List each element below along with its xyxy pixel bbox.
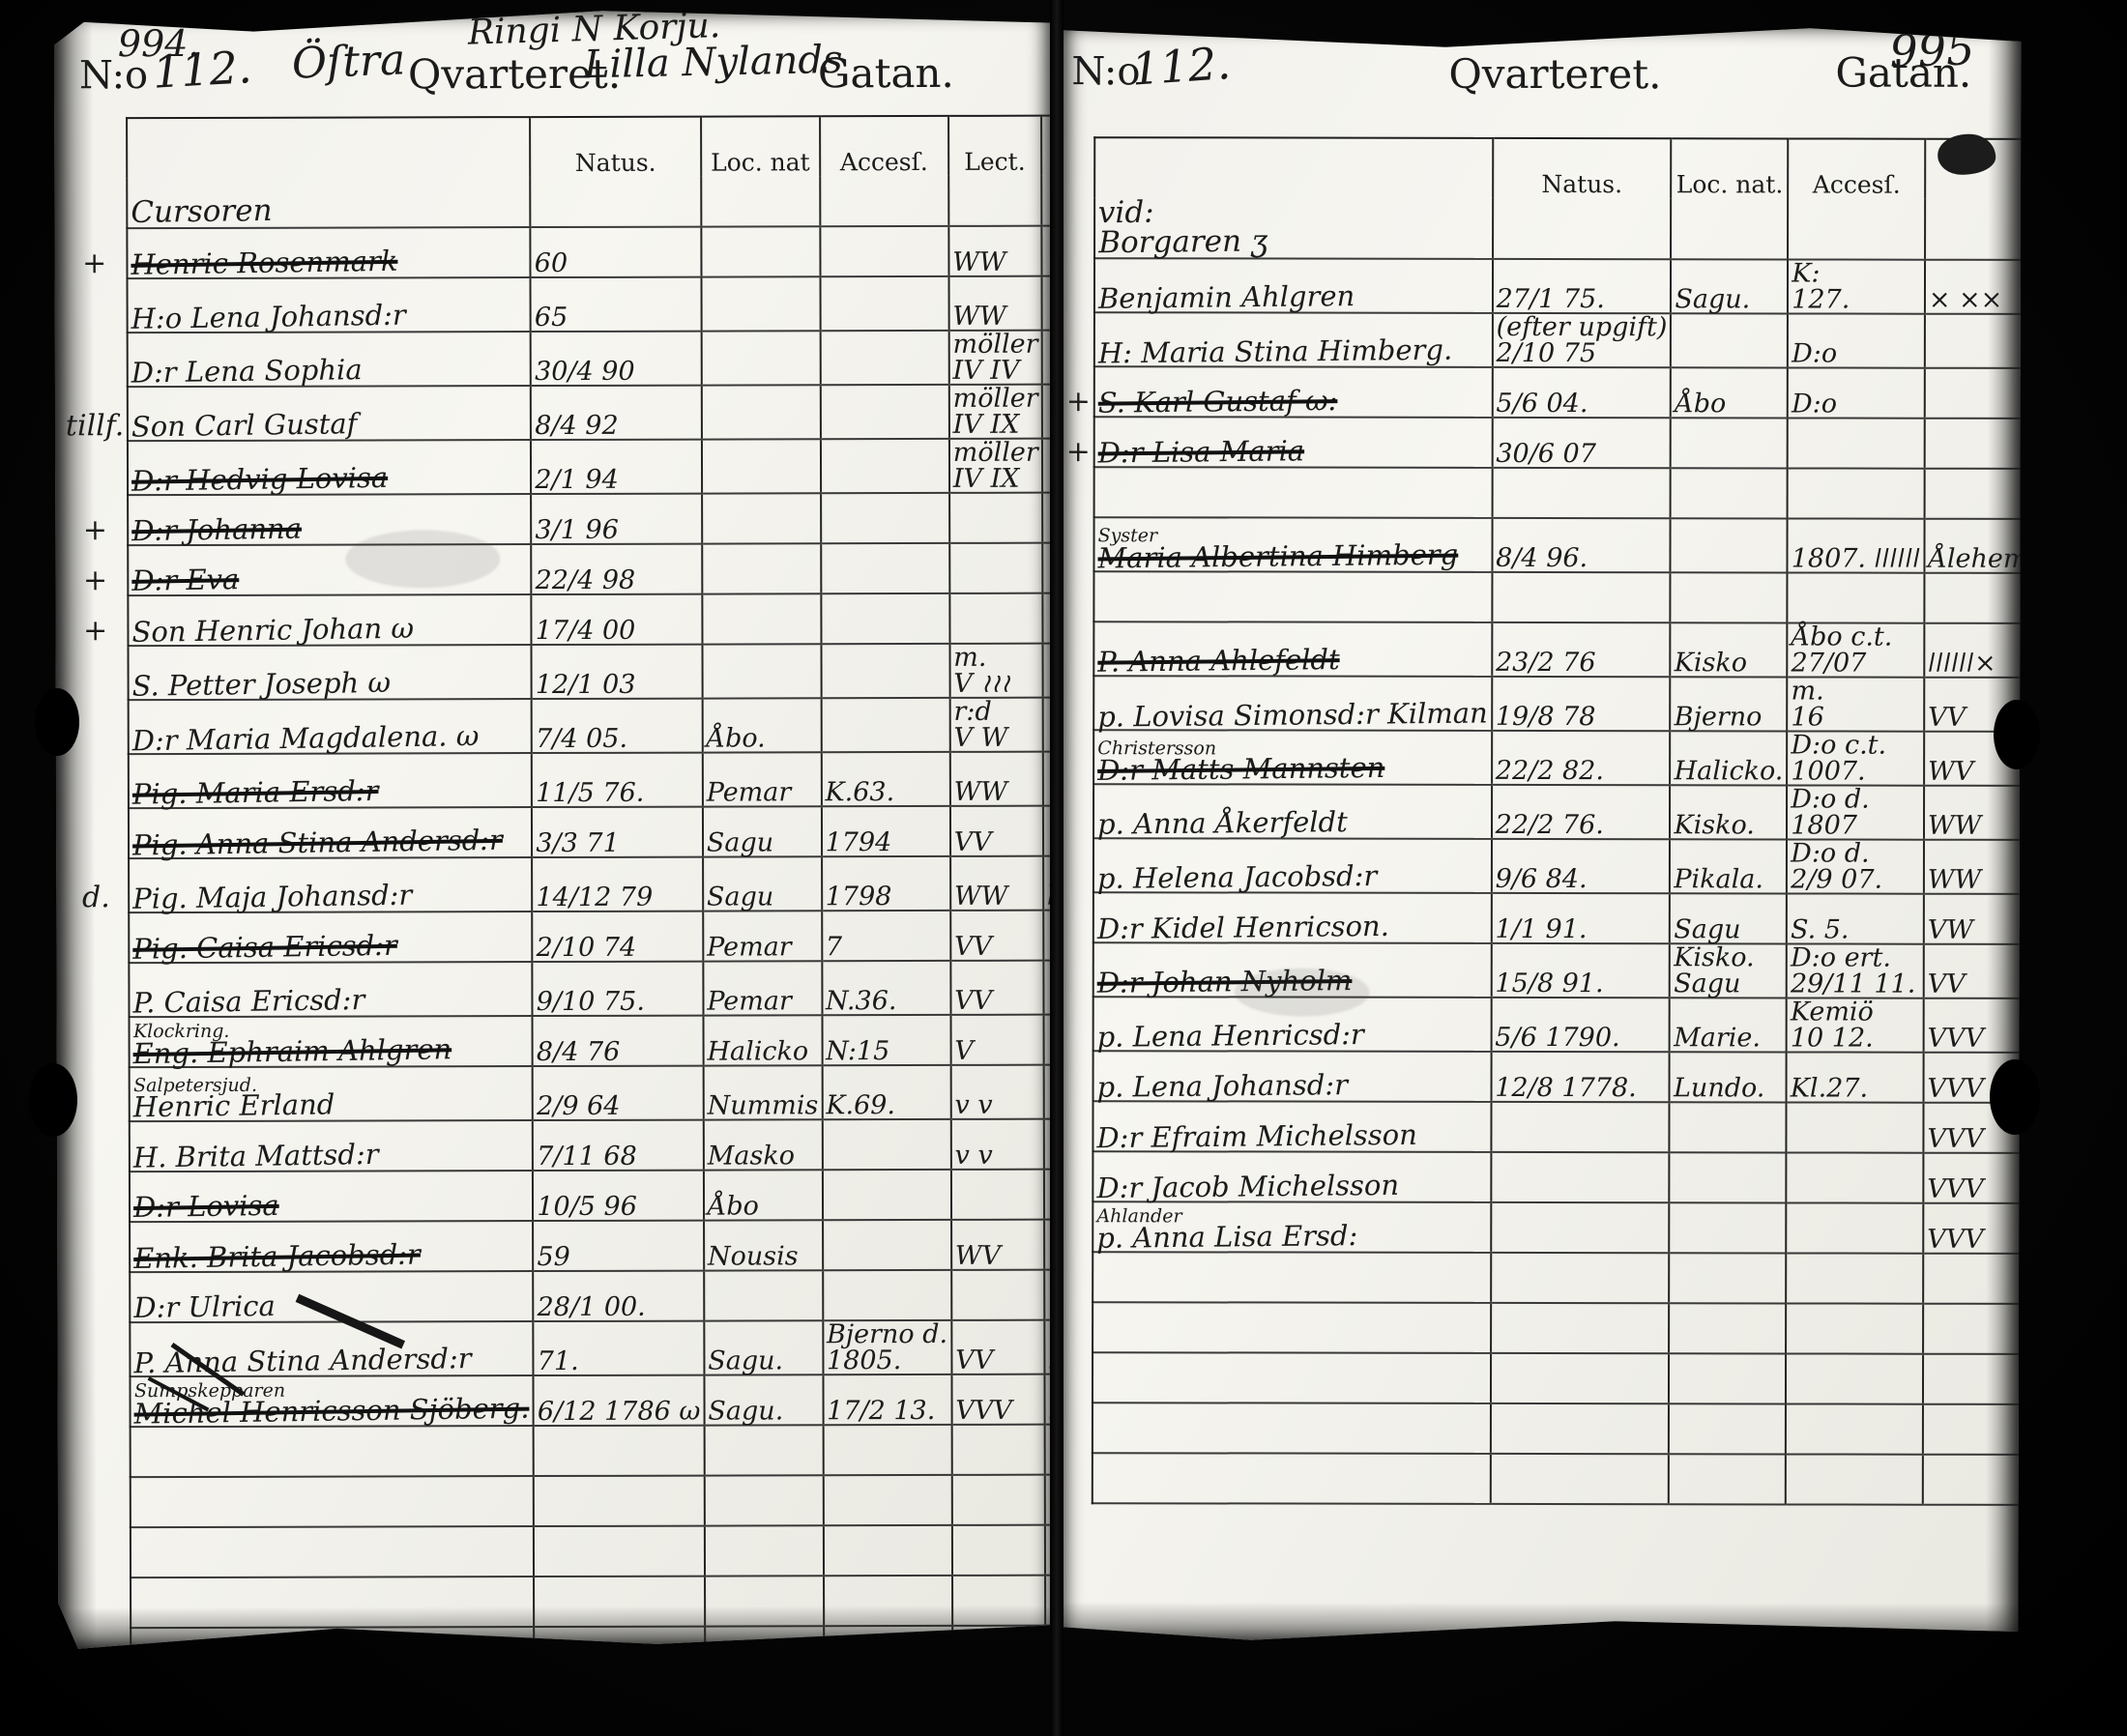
cell-loc-nat	[1671, 572, 1788, 622]
cell-lect: × ××	[1925, 260, 2022, 316]
cell-natus: 60	[531, 227, 702, 277]
cell-margin-mark	[1063, 517, 1093, 571]
cell-margin-mark	[1062, 1453, 1093, 1503]
cell-loc-nat	[701, 331, 820, 385]
cell-access	[820, 439, 948, 493]
cell-margin-mark: +	[1063, 366, 1094, 417]
person-name: Pig. Maria Ersd:r	[132, 777, 379, 809]
cell-name: p. Lena Johansd:r	[1093, 1051, 1492, 1102]
cell-lect	[951, 1425, 1044, 1475]
cell-access	[1786, 1303, 1923, 1353]
table-row: p. Helena Jacobsd:r9/6 84.Pikala.D:o d. …	[1063, 838, 2022, 896]
cell-loc-nat	[1670, 1152, 1787, 1202]
cell-lect	[952, 1576, 1045, 1626]
cell-margin-mark: +	[62, 228, 128, 278]
cell-loc-nat	[702, 439, 821, 493]
cell-loc-nat: Kisko	[1671, 622, 1788, 677]
person-name: D:r Hedvig Lovisa	[131, 464, 389, 496]
column-header-access: Accesſ.	[820, 116, 948, 176]
cell-loc-nat	[705, 1475, 824, 1525]
person-name: D:r Matts Mannsten	[1097, 754, 1385, 785]
cell-loc-nat	[1670, 1303, 1787, 1353]
cell-lect	[1923, 1455, 2022, 1507]
cell-margin-mark	[65, 1272, 131, 1322]
cell-natus	[534, 1476, 705, 1526]
table-row: tillf.Son Carl Gustaf8/4 92möller IV IX1…	[63, 383, 1056, 441]
cell-lect	[952, 1525, 1045, 1576]
cell-name: p. Lovisa Simonsd:r Kilman	[1093, 676, 1492, 731]
cell-name	[1094, 571, 1493, 622]
smudge	[345, 530, 500, 588]
table-row	[1062, 1403, 2022, 1457]
cell-access: 1798	[822, 856, 950, 911]
person-name: D:r Johanna	[131, 515, 302, 546]
cell-name: Enk. Brita Jacobsd:r	[130, 1221, 533, 1272]
cell-loc-nat	[1671, 313, 1788, 367]
header-spacer	[1063, 137, 1094, 197]
table-row: p. Lena Henricsd:r5/6 1790.Marie.Kemiö 1…	[1063, 997, 2022, 1055]
cell-name: Pig. Anna Stina Andersd:r	[129, 807, 532, 858]
cell-loc-nat: Pikala.	[1670, 839, 1787, 893]
person-name: Pig. Anna Stina Andersd:r	[132, 826, 503, 860]
cell-access	[820, 276, 948, 331]
cell-lect: v v	[951, 1119, 1044, 1170]
cell-natus: 71.	[534, 1321, 705, 1375]
cell-access: D:o d. 2/9 07.	[1787, 839, 1924, 893]
table-row	[66, 1523, 1056, 1577]
table-row: D:r Kidel Henricson.1/1 91.SaguS. 5.VWKl…	[1063, 892, 2022, 946]
cell-access	[823, 1525, 951, 1576]
left-page: 994. N:o 112. Öſtra Qvarteret. Ringi N K…	[54, 7, 1056, 1653]
cell-lect	[1923, 1304, 2022, 1356]
header-spacer	[62, 118, 128, 178]
cell-access	[1786, 1353, 1923, 1403]
cell-margin-mark	[66, 1628, 131, 1652]
cell-loc-nat	[1671, 468, 1788, 518]
cell-natus: 28/1 00.	[533, 1271, 704, 1321]
cell-access	[1786, 1202, 1923, 1253]
column-header-natus: Natus.	[1493, 138, 1672, 198]
cell-loc-nat	[701, 226, 820, 276]
cell-natus: 6/12 1786 ω	[534, 1375, 705, 1426]
person-name: H: Maria Stina Himberg.	[1098, 336, 1453, 368]
cell-access	[823, 1475, 951, 1525]
cell-margin-mark	[64, 754, 130, 808]
cell-margin-mark: d.	[64, 858, 130, 912]
table-row: p. Lovisa Simonsd:r Kilman19/8 78Bjernom…	[1063, 676, 2021, 734]
table-row: D:r Johan Nyholm15/8 91.Kisko. SaguD:o e…	[1063, 942, 2022, 1000]
person-name: P. Caisa Ericsd:r	[133, 986, 365, 1018]
header-spacer	[127, 117, 530, 178]
cell-loc-nat: Marie.	[1670, 998, 1787, 1052]
person-name: Son Carl Gustaf	[131, 410, 358, 441]
cell-access: m. 16	[1787, 677, 1924, 731]
cell-lect	[1925, 368, 2022, 420]
cell-natus	[1491, 1202, 1670, 1253]
person-name: Benjamin Ahlgren	[1098, 282, 1355, 313]
table-row	[66, 1473, 1056, 1527]
cell-access	[1788, 198, 1925, 259]
cell-margin-mark	[1063, 258, 1094, 312]
cell-loc-nat: Sagu.	[704, 1374, 823, 1425]
cell-name: P. Caisa Ericsd:r	[130, 962, 533, 1017]
person-name: Eng. Ephraim Ahlgren	[133, 1035, 452, 1068]
cell-lect: VV	[950, 911, 1043, 961]
table-row: P. Anna Ahlefeldt23/2 76KiskoÅbo c.t. 27…	[1063, 622, 2021, 680]
cell-access	[823, 1270, 951, 1320]
cell-natus	[1491, 1152, 1670, 1202]
person-name: p. Helena Jacobsd:r	[1097, 862, 1378, 893]
cell-lect	[949, 543, 1042, 593]
cell-margin-mark: +	[63, 545, 129, 595]
binding-notch	[1994, 700, 2040, 769]
cell-name: Pig. Maria Ersd:r	[129, 753, 532, 808]
cell-lect: VV	[950, 961, 1043, 1015]
cell-lect	[949, 493, 1042, 543]
cell-margin-mark	[66, 1477, 131, 1527]
cell-margin-mark	[63, 333, 129, 387]
cell-access: Åbo c.t. 27/07	[1788, 622, 1925, 677]
cell-lect: möller IV IV	[948, 331, 1041, 385]
person-name: Maria Albertina Himberg	[1097, 541, 1458, 573]
cell-natus: 9/10 75.	[533, 962, 704, 1016]
column-header-lect: Lect.	[948, 116, 1041, 176]
cell-name	[1093, 1403, 1491, 1454]
table-row: +Henric Rosenmark60WW†2/1 060.2.3.5.	[62, 224, 1056, 278]
cell-natus: 30/6 07	[1492, 418, 1671, 468]
table-row: +D:r Lisa Maria30/6 07†31/12 08.	[1063, 417, 2022, 471]
person-name: D:r Efraim Michelsson	[1096, 1121, 1417, 1152]
person-name: Pig. Maja Johansd:r	[132, 882, 412, 913]
cell-natus: 17/4 00	[532, 594, 703, 645]
cell-name: Cursoren	[128, 177, 531, 228]
cell-margin-mark	[65, 1322, 131, 1376]
cell-lect: VVV	[951, 1374, 1044, 1425]
cell-lect: WV	[951, 1220, 1044, 1270]
register-table-left: Natus.Loc. natAccesſ.Lect.Cæl.S.C:naAbii…	[62, 113, 1056, 1652]
person-name: D:r Kidel Henricson.	[1097, 912, 1389, 943]
cell-loc-nat: Nousis	[704, 1220, 823, 1270]
cell-lect	[949, 593, 1042, 644]
register-table-right: Natus.Loc. nat.Accesſ.Lect.Cæl.S.C:naAbi…	[1062, 136, 2022, 1508]
cell-loc-nat	[705, 1626, 824, 1652]
folio-no-value: 112.	[1130, 37, 1233, 96]
folio-no-label: N:o	[79, 53, 148, 98]
cell-access	[1787, 1152, 1924, 1202]
cell-natus: 8/4 76	[533, 1016, 704, 1066]
cell-margin-mark	[1063, 997, 1093, 1051]
cell-name: P. Anna Stina Andersd:r	[131, 1321, 534, 1376]
table-row	[66, 1574, 1056, 1628]
cell-natus	[1490, 1454, 1669, 1504]
cell-loc-nat: Sagu	[1670, 893, 1787, 943]
cell-lect	[1924, 469, 2021, 521]
cell-margin-mark: +	[63, 595, 129, 646]
cell-access: D:o d. 1807	[1787, 785, 1924, 839]
cell-loc-nat	[701, 176, 820, 226]
column-header-row: Natus.Loc. nat.Accesſ.Lect.Cæl.S.C:naAbi…	[1063, 137, 2021, 201]
table-row: H: Maria Stina Himberg.(efter upgift) 2/…	[1063, 312, 2022, 370]
cell-access: D:o	[1788, 367, 1925, 418]
cell-margin-mark	[1062, 1151, 1093, 1201]
cell-natus: 19/8 78	[1492, 677, 1671, 731]
table-row	[1062, 1352, 2021, 1406]
street-printed: Gatan.	[818, 49, 954, 97]
cell-natus: 22/4 98	[532, 544, 703, 594]
cell-loc-nat: Kisko. Sagu	[1670, 943, 1787, 998]
table-row	[1063, 571, 2021, 625]
cell-lect: m. V ≀≀≀	[949, 644, 1042, 698]
table-row: Enk. Brita Jacobsd:r59NousisWV107. s.o.	[65, 1218, 1056, 1272]
cell-loc-nat: Halicko.	[1671, 731, 1788, 785]
cell-lect: VV	[1924, 944, 2022, 1000]
cell-name: S. Petter Joseph ω	[129, 645, 532, 700]
cell-margin-mark	[65, 1376, 131, 1427]
cell-natus: 11/5 76.	[532, 753, 703, 807]
cell-margin-mark	[1062, 1302, 1093, 1352]
cell-loc-nat	[705, 1576, 824, 1626]
table-row: +D:r Eva22/4 98†31/5 99	[63, 541, 1056, 595]
cell-access	[821, 493, 949, 543]
cell-access	[1786, 1403, 1923, 1454]
cell-natus	[534, 1577, 705, 1627]
cell-lect: VV	[951, 1320, 1044, 1374]
table-row: D:r Lena Sophia30/4 90möller IV IVK.34.9…	[63, 329, 1057, 387]
section-heading-row: vid: Borgaren ʒ	[1063, 197, 2021, 262]
cell-loc-nat: Halicko	[703, 1015, 822, 1065]
person-name: Henric Rosenmark	[131, 247, 398, 279]
cell-loc-nat: Åbo.	[702, 698, 821, 752]
cell-access	[823, 1425, 951, 1475]
table-row	[66, 1624, 1056, 1652]
cell-lect: WW	[948, 276, 1041, 331]
table-row: P. Anna Stina Andersd:r71.Sagu.Bjerno d.…	[65, 1318, 1056, 1376]
cell-margin-mark	[65, 1121, 131, 1172]
table-row: D:r Hedvig Lovisa2/1 94möller IV IXK.34.…	[63, 437, 1056, 495]
cell-name	[131, 1476, 534, 1527]
cell-natus	[534, 1426, 705, 1476]
table-row: Benjamin Ahlgren27/1 75.Sagu.K: 127.× ××…	[1063, 258, 2022, 316]
table-row: Pig. Anna Stina Andersd:r3/3 71Sagu1794V…	[64, 804, 1056, 858]
cell-natus: 22/2 76.	[1492, 785, 1671, 839]
cell-loc-nat	[1671, 418, 1788, 468]
cell-natus	[1492, 468, 1671, 518]
cell-access	[1788, 468, 1925, 518]
cell-margin-mark	[1063, 942, 1093, 997]
table-row: D:r Ulrica28/1 00.	[65, 1268, 1056, 1322]
cell-name: D:r Kidel Henricson.	[1093, 892, 1492, 943]
binding-notch	[35, 688, 79, 756]
person-name: H. Brita Mattsd:r	[133, 1141, 379, 1172]
cell-name	[1093, 1453, 1491, 1504]
table-row: S. Petter Joseph ω12/1 03m. V ≀≀≀11.12.1…	[64, 642, 1057, 700]
cell-loc-nat: Pemar	[703, 961, 822, 1015]
cell-lect: möller IV IX	[949, 439, 1042, 493]
table-row: D:r Lovisa10/5 96Åbo	[65, 1168, 1056, 1222]
cell-name	[1093, 1352, 1491, 1403]
cell-name: p. Anna Åkerfeldt	[1093, 784, 1492, 839]
table-row: H:o Lena Johansd:r65WW13.14 9.1.4.7.8.9.…	[63, 275, 1057, 333]
cell-name: P. Anna Ahlefeldt	[1093, 622, 1492, 677]
cell-margin-mark	[65, 1017, 131, 1067]
cell-margin-mark: +	[63, 495, 129, 545]
cell-access	[822, 1170, 950, 1220]
cell-access: D:o	[1788, 313, 1925, 367]
cell-access	[820, 331, 948, 385]
cell-margin-mark	[66, 1577, 131, 1628]
header-spacer	[1094, 137, 1493, 198]
table-row: Ahlanderp. Anna Lisa Ersd:VVV14.	[1062, 1201, 2021, 1256]
cell-natus	[531, 177, 702, 227]
cell-access: K: 127.	[1788, 259, 1925, 313]
cell-name	[131, 1627, 535, 1652]
cell-loc-nat	[702, 593, 821, 644]
cell-margin-mark	[1063, 571, 1093, 622]
cell-natus: 5/6 1790.	[1491, 998, 1670, 1052]
cell-margin-mark	[64, 646, 130, 700]
cell-access	[821, 543, 949, 593]
cell-margin-mark	[64, 808, 130, 858]
cell-access: D:o ert. 29/11 11.	[1787, 943, 1924, 998]
cell-natus	[1491, 1353, 1670, 1403]
cell-lect	[1923, 1404, 2022, 1457]
table-row: H. Brita Mattsd:r7/11 68Maskov v2.	[65, 1117, 1056, 1172]
column-header-loc-nat: Loc. nat.	[1672, 138, 1789, 198]
cell-margin-mark	[1063, 784, 1093, 838]
cell-name: D:r Hedvig Lovisa	[128, 440, 531, 495]
cell-lect: WW	[1924, 786, 2022, 842]
cell-lect: VW	[1924, 894, 2022, 946]
cell-name: D:r Efraim Michelsson	[1093, 1101, 1492, 1152]
cell-name	[131, 1577, 534, 1628]
cell-lect	[1925, 419, 2022, 471]
cell-name: Salpetersjud.Henric Erland	[130, 1066, 533, 1121]
table-row: Pig. Maria Ersd:r11/5 76.PemarK.63.WWled…	[64, 750, 1056, 808]
cell-lect	[1925, 314, 2022, 370]
person-name: D:r Eva	[132, 565, 240, 595]
section-heading: Cursoren	[131, 196, 274, 228]
cell-natus	[1491, 1303, 1670, 1353]
table-header: Natus.Loc. natAccesſ.Lect.Cæl.S.C:naAbii…	[62, 114, 1056, 178]
person-name: p. Lena Johansd:r	[1097, 1071, 1349, 1102]
binding-notch	[29, 1063, 77, 1137]
cell-margin-mark	[1063, 730, 1093, 784]
cell-lect	[951, 1170, 1044, 1220]
cell-access	[824, 1576, 952, 1626]
cell-margin-mark	[1063, 892, 1093, 942]
cell-loc-nat: Pemar	[703, 911, 822, 961]
book-gutter	[1050, 0, 1063, 1736]
cell-natus	[1491, 1253, 1670, 1303]
table-body: vid: Borgaren ʒBenjamin Ahlgren27/1 75.S…	[1062, 197, 2022, 1507]
cell-natus: 12/8 1778.	[1491, 1052, 1670, 1102]
cell-name: Son Henric Johan ω	[129, 594, 532, 646]
cell-access	[823, 1220, 951, 1270]
cell-access	[820, 176, 948, 226]
cell-name	[1093, 1302, 1491, 1353]
cell-lect	[1925, 199, 2022, 262]
table-row: Salpetersjud.Henric Erland2/9 64NummisK.…	[65, 1063, 1057, 1121]
cell-margin-mark	[64, 912, 130, 963]
cell-loc-nat	[701, 276, 820, 331]
cell-name: D:r Lena Sophia	[128, 332, 531, 387]
cell-margin-mark	[1063, 467, 1094, 517]
cell-natus	[534, 1627, 705, 1653]
cell-access: S. 5.	[1787, 893, 1924, 943]
column-header-lect: Lect.	[1925, 139, 2021, 201]
street-handwritten: Lilla Nylands	[583, 38, 843, 87]
table-row: P. Caisa Ericsd:r9/10 75.PemarN.36.VVPem…	[64, 959, 1056, 1017]
cell-lect: VVV	[1923, 1153, 2021, 1205]
cell-margin-mark	[1062, 1403, 1093, 1453]
district-printed: Qvarteret.	[1448, 50, 1661, 98]
cell-access	[1788, 572, 1925, 622]
cell-lect: WW	[948, 226, 1041, 276]
folio-no-value: 112.	[152, 41, 253, 99]
table-header: Natus.Loc. nat.Accesſ.Lect.Cæl.S.C:naAbi…	[1063, 137, 2021, 201]
cell-loc-nat: Bjerno	[1671, 677, 1788, 731]
cell-lect: WW	[1924, 840, 2022, 896]
cell-access	[821, 593, 949, 644]
cell-natus: 30/4 90	[531, 332, 702, 386]
cell-loc-nat: Åbo	[704, 1170, 823, 1220]
cell-margin-mark	[1063, 1051, 1093, 1101]
book-scan: 994. N:o 112. Öſtra Qvarteret. Ringi N K…	[0, 0, 2127, 1736]
cell-margin-mark: tillf.	[63, 387, 129, 441]
table-row: p. Anna Åkerfeldt22/2 76.Kisko.D:o d. 18…	[1063, 784, 2021, 842]
cell-loc-nat: Nummis	[703, 1065, 822, 1119]
cell-lect	[952, 1626, 1045, 1653]
person-name: Son Henric Johan ω	[132, 615, 415, 647]
cell-natus: 12/1 03	[532, 645, 703, 699]
cell-access: D:o c.t. 1007.	[1787, 731, 1924, 785]
cell-natus: 9/6 84.	[1492, 839, 1671, 893]
table-row: SumpskepparenMichel Henricsson Sjöberg.6…	[65, 1373, 1056, 1427]
cell-natus	[1493, 198, 1672, 259]
cell-margin-mark	[62, 178, 128, 228]
cell-lect: VV	[950, 806, 1043, 856]
cell-margin-mark	[63, 278, 129, 333]
column-header-access: Accesſ.	[1788, 138, 1925, 198]
table-body: Cursoren+Henric Rosenmark60WW†2/1 060.2.…	[62, 174, 1056, 1652]
cell-name: vid: Borgaren ʒ	[1094, 197, 1493, 259]
cell-loc-nat	[704, 1270, 823, 1320]
cell-natus: 2/1 94	[531, 440, 702, 494]
page-number: 995	[1889, 22, 1976, 77]
table-row: p. Lena Johansd:r12/8 1778.Lundo.Kl.27.V…	[1063, 1051, 2022, 1105]
cell-lect	[951, 1270, 1044, 1320]
cell-lect: VVV	[1923, 1203, 2021, 1256]
table-row	[1062, 1252, 2021, 1306]
cell-natus: 14/12 79	[532, 857, 703, 911]
person-name: D:r Maria Magdalena. ω	[132, 722, 480, 755]
table-row: ChristerssonD:r Matts Mannsten22/2 82.Ha…	[1063, 730, 2021, 788]
cell-loc-nat: Sagu	[703, 806, 822, 856]
cell-lect: möller IV IX	[949, 385, 1042, 439]
cell-loc-nat	[1669, 1353, 1786, 1403]
cell-access	[1787, 1102, 1924, 1152]
person-name: p. Lovisa Simonsd:r Kilman	[1097, 699, 1488, 731]
cell-access: 1807. ǀǀǀǀǀǀ	[1788, 518, 1925, 572]
cell-natus	[1491, 1102, 1670, 1152]
person-name: Pig. Caisa Ericsd:r	[133, 932, 398, 964]
cell-loc-nat: Pemar	[703, 752, 822, 806]
cell-loc-nat	[702, 644, 821, 698]
cell-name: Son Carl Gustaf	[128, 386, 531, 441]
cell-name: Klockring.Eng. Ephraim Ahlgren	[130, 1016, 533, 1067]
cell-natus: 27/1 75.	[1493, 259, 1672, 313]
cell-lect	[952, 1475, 1045, 1525]
